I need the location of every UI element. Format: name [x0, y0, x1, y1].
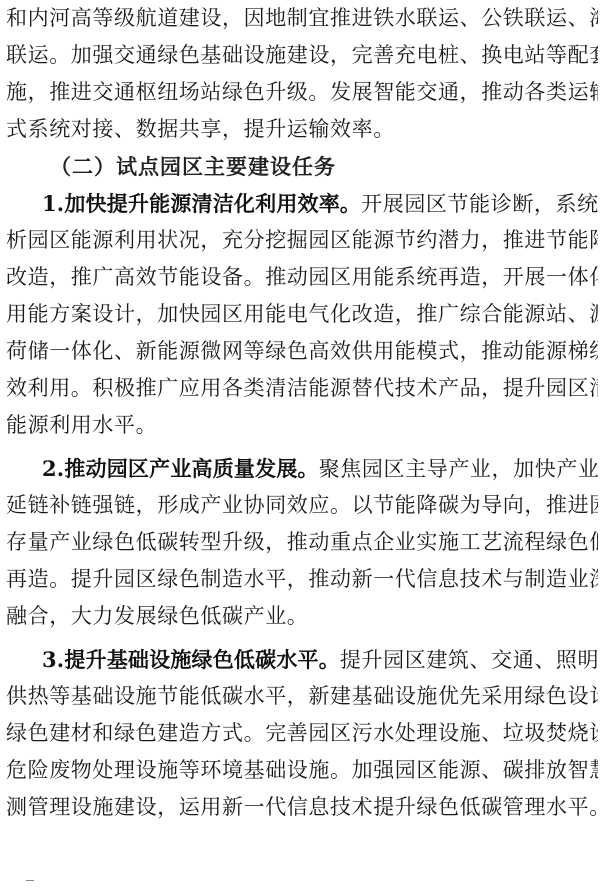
text-line: 施，推进交通枢纽场站绿色升级。发展智能交通，推动各类运输方 [6, 74, 598, 111]
item-first-line: 3.提升基础设施绿色低碳水平。提升园区建筑、交通、照明、 [6, 641, 598, 678]
item-text: 开展园区节能诊断，系统分 [361, 192, 598, 216]
item-title: 3.提升基础设施绿色低碳水平。 [42, 647, 340, 672]
text-line: 能源利用水平。 [6, 407, 598, 444]
text-line: 效利用。积极推广应用各类清洁能源替代技术产品，提升园区清洁 [6, 370, 598, 407]
item-text: 提升园区建筑、交通、照明、 [340, 648, 598, 672]
item-title: 2.推动园区产业高质量发展。 [42, 456, 319, 481]
item-first-line: 1.加快提升能源清洁化利用效率。开展园区节能诊断，系统分 [6, 185, 598, 222]
text-line: 改造，推广高效节能设备。推动园区用能系统再造，开展一体化供 [6, 259, 598, 296]
text-line: 供热等基础设施节能低碳水平，新建基础设施优先采用绿色设计、 [6, 678, 598, 715]
text-line: 联运。加强交通绿色基础设施建设，完善充电桩、换电站等配套设 [6, 37, 598, 74]
text-line: 式系统对接、数据共享，提升运输效率。 [6, 111, 598, 148]
task-item-2: 2.推动园区产业高质量发展。聚焦园区主导产业，加快产业链 延链补链强链，形成产业… [6, 450, 598, 635]
text-line: 存量产业绿色低碳转型升级，推动重点企业实施工艺流程绿色低碳 [6, 524, 598, 561]
text-line: 用能方案设计，加快园区用能电气化改造，推广综合能源站、源网 [6, 296, 598, 333]
text-line: 测管理设施建设，运用新一代信息技术提升绿色低碳管理水平。 [6, 789, 598, 826]
text-line: 融合，大力发展绿色低碳产业。 [6, 598, 598, 635]
text-line: 和内河高等级航道建设，因地制宜推进铁水联运、公铁联运、海铁 [6, 0, 598, 37]
task-item-1: 1.加快提升能源清洁化利用效率。开展园区节能诊断，系统分 析园区能源利用状况，充… [6, 185, 598, 444]
item-first-line: 2.推动园区产业高质量发展。聚焦园区主导产业，加快产业链 [6, 450, 598, 487]
item-text: 聚焦园区主导产业，加快产业链 [319, 457, 598, 481]
text-line: 危险废物处理设施等环境基础设施。加强园区能源、碳排放智慧监 [6, 752, 598, 789]
text-line: 荷储一体化、新能源微网等绿色高效供用能模式，推动能源梯级高 [6, 333, 598, 370]
section-heading: （二）试点园区主要建设任务 [6, 148, 598, 185]
continuation-paragraph: 和内河高等级航道建设，因地制宜推进铁水联运、公铁联运、海铁 联运。加强交通绿色基… [6, 0, 598, 148]
document-page: 和内河高等级航道建设，因地制宜推进铁水联运、公铁联运、海铁 联运。加强交通绿色基… [0, 0, 600, 826]
text-line: 析园区能源利用状况，充分挖掘园区能源节约潜力，推进节能降碳 [6, 222, 598, 259]
item-title: 1.加快提升能源清洁化利用效率。 [42, 191, 361, 216]
text-line: 再造。提升园区绿色制造水平，推动新一代信息技术与制造业深度 [6, 561, 598, 598]
cut-off-next-line-mark [26, 880, 34, 884]
task-item-3: 3.提升基础设施绿色低碳水平。提升园区建筑、交通、照明、 供热等基础设施节能低碳… [6, 641, 598, 826]
text-line: 绿色建材和绿色建造方式。完善园区污水处理设施、垃圾焚烧设施、 [6, 715, 598, 752]
text-line: 延链补链强链，形成产业协同效应。以节能降碳为导向，推进园区 [6, 487, 598, 524]
